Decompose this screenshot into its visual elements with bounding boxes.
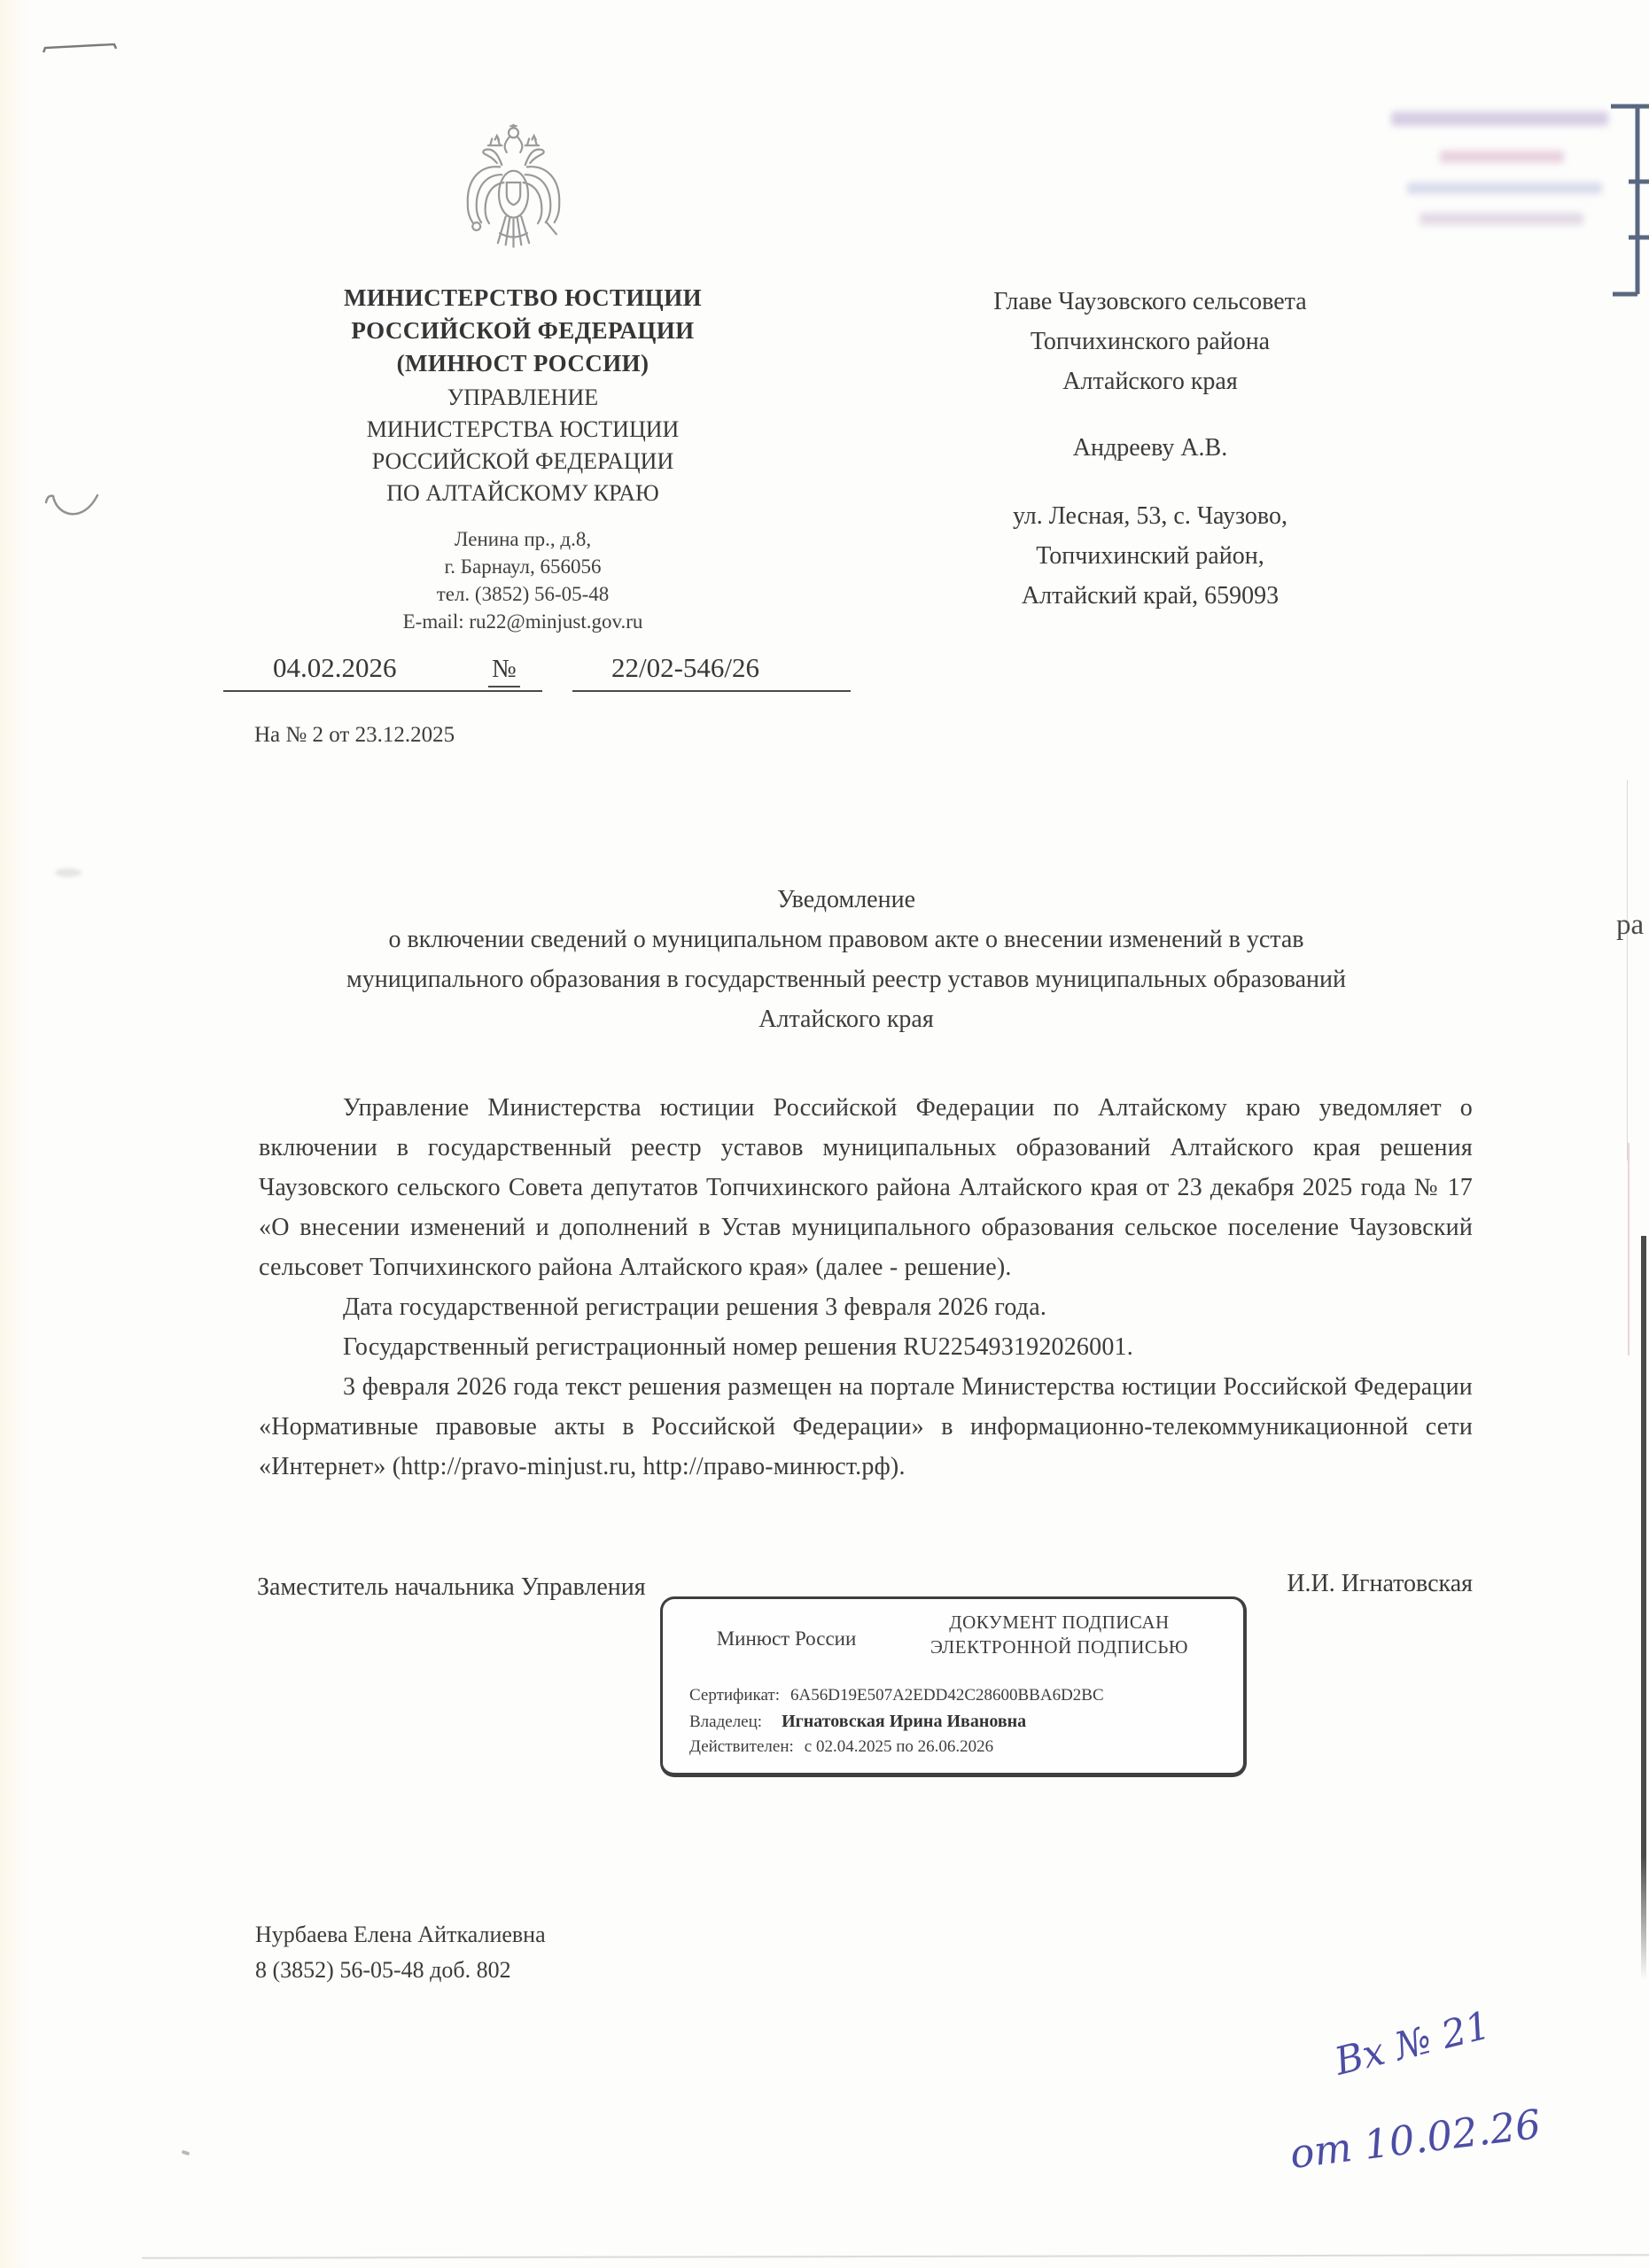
number-sign: № — [488, 655, 520, 687]
executor-block: Нурбаева Елена Айткалиевна 8 (3852) 56-0… — [255, 1917, 546, 1988]
body-paragraph: Управление Министерства юстиции Российск… — [259, 1088, 1473, 1287]
stamp-org: Минюст России — [682, 1627, 891, 1651]
certificate-label: Сертификат: — [689, 1686, 780, 1705]
letter-body: Управление Министерства юстиции Российск… — [259, 1088, 1473, 1487]
recipient-address-line: Топчихинский район, — [902, 536, 1398, 576]
sender-org-line: МИНИСТЕРСТВО ЮСТИЦИИ — [186, 282, 860, 315]
paper-edge-line — [1627, 780, 1628, 1161]
sender-dept-line: РОССИЙСКОЙ ФЕДЕРАЦИИ — [186, 446, 860, 478]
sender-block: МИНИСТЕРСТВО ЮСТИЦИИ РОССИЙСКОЙ ФЕДЕРАЦИ… — [186, 282, 860, 635]
sender-address-line: тел. (3852) 56-05-48 — [186, 580, 860, 608]
scan-speck-artifact — [182, 2150, 191, 2156]
owner-label: Владелец: — [689, 1713, 762, 1731]
bleedthrough-text-artifact — [1440, 151, 1564, 163]
coat-of-arms-icon — [454, 124, 573, 270]
stamp-certificate-row: Сертификат:6A56D19E507A2EDD42C28600BBA6D… — [689, 1686, 1104, 1705]
scanned-letter-page: МИНИСТЕРСТВО ЮСТИЦИИ РОССИЙСКОЙ ФЕДЕРАЦИ… — [0, 0, 1649, 2268]
adjacent-page-text-fragment: ра — [1616, 909, 1644, 942]
sender-email-line: E-mail: ru22@minjust.gov.ru — [186, 608, 860, 635]
edge-bracket-artifact — [1586, 97, 1649, 310]
body-paragraph: Дата государственной регистрации решения… — [259, 1287, 1473, 1327]
sender-address-line: г. Барнаул, 656056 — [186, 553, 860, 580]
validity-label: Действителен: — [689, 1737, 794, 1756]
stamp-owner-row: Владелец:Игнатовская Ирина Ивановна — [689, 1712, 1026, 1732]
bleedthrough-text-artifact — [1407, 183, 1602, 194]
handwritten-incoming-date: от 10.02.26 — [1287, 2101, 1544, 2178]
paper-edge-pink-line — [1628, 1143, 1630, 1355]
sender-org-line: (МИНЮСТ РОССИИ) — [186, 347, 860, 380]
body-paragraph: Государственный регистрационный номер ре… — [259, 1327, 1473, 1367]
executor-name: Нурбаева Елена Айткалиевна — [255, 1917, 546, 1953]
sender-org-line: РОССИЙСКОЙ ФЕДЕРАЦИИ — [186, 315, 860, 347]
sender-dept-line: МИНИСТЕРСТВА ЮСТИЦИИ — [186, 414, 860, 446]
sender-dept-line: УПРАВЛЕНИЕ — [186, 382, 860, 414]
signer-position: Заместитель начальника Управления — [257, 1573, 646, 1602]
scan-edge-bar-fade — [1641, 1856, 1646, 1980]
scan-smudge-artifact — [55, 868, 82, 877]
certificate-value: 6A56D19E507A2EDD42C28600BBA6D2BC — [790, 1686, 1104, 1705]
date-underline — [223, 690, 542, 692]
recipient-name: Андрееву А.В. — [902, 434, 1398, 462]
bleedthrough-text-artifact — [1420, 213, 1583, 225]
document-subtitle: о включении сведений о муниципальном пра… — [346, 920, 1347, 1039]
letter-number: 22/02-546/26 — [611, 652, 759, 684]
letter-date: 04.02.2026 — [273, 652, 397, 684]
body-paragraph: 3 февраля 2026 года текст решения размещ… — [259, 1367, 1473, 1487]
validity-value: с 02.04.2025 по 26.06.2026 — [805, 1737, 993, 1756]
recipient-title-line: Алтайского края — [902, 361, 1398, 401]
stamp-validity-row: Действителен:с 02.04.2025 по 26.06.2026 — [689, 1737, 993, 1757]
stamp-title-line: ДОКУМЕНТ ПОДПИСАН — [889, 1610, 1230, 1635]
recipient-block: Главе Чаузовского сельсовета Топчихинско… — [902, 282, 1398, 616]
stamp-title: ДОКУМЕНТ ПОДПИСАН ЭЛЕКТРОННОЙ ПОДПИСЬЮ — [889, 1610, 1230, 1659]
bottom-edge-line — [142, 2254, 1649, 2259]
reply-reference: На № 2 от 23.12.2025 — [254, 723, 455, 748]
recipient-address-line: ул. Лесная, 53, с. Чаузово, — [902, 496, 1398, 536]
executor-phone: 8 (3852) 56-05-48 доб. 802 — [255, 1953, 546, 1988]
paper-edge-tint — [0, 0, 30, 2268]
scan-dash-artifact — [42, 43, 118, 54]
bleedthrough-text-artifact — [1391, 112, 1608, 126]
recipient-title-line: Топчихинского района — [902, 322, 1398, 361]
owner-value: Игнатовская Ирина Ивановна — [782, 1712, 1026, 1731]
recipient-title-line: Главе Чаузовского сельсовета — [902, 282, 1398, 322]
signer-name: И.И. Игнатовская — [1274, 1570, 1473, 1598]
scan-edge-bar — [1641, 1236, 1646, 1856]
document-title-block: Уведомление о включении сведений о муниц… — [204, 886, 1489, 1039]
number-underline — [572, 690, 851, 692]
sender-address-line: Ленина пр., д.8, — [186, 525, 860, 553]
stamp-title-line: ЭЛЕКТРОННОЙ ПОДПИСЬЮ — [889, 1635, 1230, 1659]
document-title: Уведомление — [204, 886, 1489, 914]
pen-curve-artifact — [43, 483, 105, 536]
electronic-signature-stamp: Минюст России ДОКУМЕНТ ПОДПИСАН ЭЛЕКТРОН… — [660, 1596, 1247, 1777]
handwritten-incoming-number: Вх № 21 — [1331, 2003, 1495, 2085]
recipient-address-line: Алтайский край, 659093 — [902, 576, 1398, 616]
sender-dept-line: ПО АЛТАЙСКОМУ КРАЮ — [186, 478, 860, 509]
